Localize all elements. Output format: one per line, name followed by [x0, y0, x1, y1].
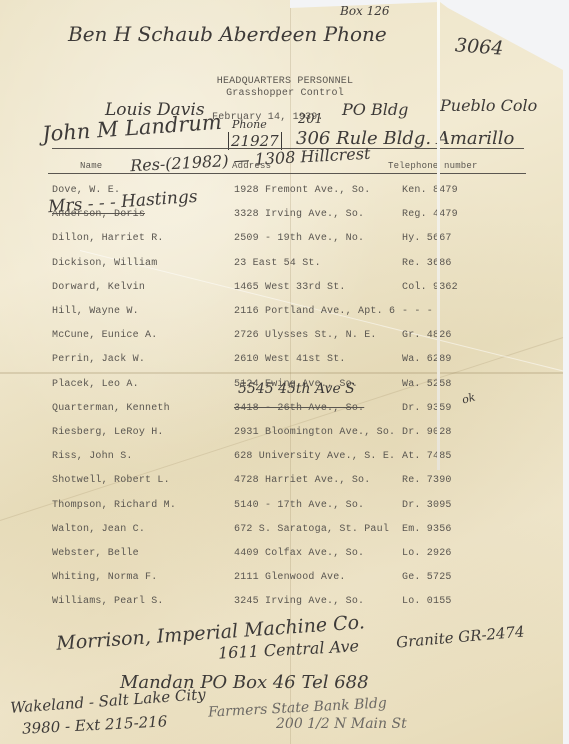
- person-address: 1465 West 33rd St.: [234, 282, 346, 293]
- person-telephone: Em. 9356: [402, 524, 452, 535]
- person-address: 672 S. Saratoga, St. Paul: [234, 524, 389, 535]
- column-header-address: Address: [232, 161, 271, 171]
- person-name: Whiting, Norma F.: [52, 572, 157, 583]
- table-row: Dorward, Kelvin1465 West 33rd St.Col. 93…: [0, 282, 563, 306]
- person-name: Webster, Belle: [52, 548, 139, 559]
- column-header-name: Name: [80, 161, 102, 171]
- person-address: 3328 Irving Ave., So.: [234, 209, 364, 220]
- handwritten-morrison-phone: Granite GR-2474: [395, 622, 525, 651]
- person-address: 4728 Harriet Ave., So.: [234, 475, 370, 486]
- table-row: Quarterman, Kenneth3418 - 26th Ave., So.…: [0, 403, 563, 427]
- person-address: 2111 Glenwood Ave.: [234, 572, 346, 583]
- person-name: Shotwell, Robert L.: [52, 475, 170, 486]
- person-name: Thompson, Richard M.: [52, 500, 176, 511]
- person-name: Riesberg, LeRoy H.: [52, 427, 164, 438]
- person-telephone: Wa. 6289: [402, 354, 452, 365]
- person-address: 1928 Fremont Ave., So.: [234, 185, 370, 196]
- person-address: 2610 West 41st St.: [234, 354, 346, 365]
- person-telephone: Dr. 9028: [402, 427, 452, 438]
- handwritten-wakeland-phone: 3980 - Ext 215-216: [22, 712, 168, 738]
- person-telephone: Re. 7390: [402, 475, 452, 486]
- person-telephone: Ge. 5725: [402, 572, 452, 583]
- document-title: HEADQUARTERS PERSONNEL: [200, 76, 370, 87]
- table-row: Whiting, Norma F.2111 Glenwood Ave.Ge. 5…: [0, 572, 563, 596]
- table-row: Hill, Wayne W.2116 Portland Ave., Apt. 6…: [0, 306, 563, 330]
- person-address: 2726 Ulysses St., N. E.: [234, 330, 377, 341]
- person-name: McCune, Eunice A.: [52, 330, 157, 341]
- person-name: Perrin, Jack W.: [52, 354, 145, 365]
- person-telephone: Lo. 2926: [402, 548, 452, 559]
- person-telephone: Lo. 0155: [402, 596, 452, 607]
- handwritten-box-number: Box 126: [340, 4, 390, 18]
- person-telephone: Ken. 8479: [402, 185, 458, 196]
- person-telephone: Re. 3686: [402, 258, 452, 269]
- person-telephone: Wa. 5258: [402, 379, 452, 390]
- table-row: Dillon, Harriet R.2509 - 19th Ave., No.H…: [0, 233, 563, 257]
- person-telephone: - - -: [402, 306, 433, 317]
- document-subtitle: Grasshopper Control: [200, 88, 370, 99]
- person-telephone: Hy. 5667: [402, 233, 452, 244]
- person-name: Hill, Wayne W.: [52, 306, 139, 317]
- table-row: Webster, Belle4409 Colfax Ave., So.Lo. 2…: [0, 548, 563, 572]
- header-bottom-rule: [48, 173, 526, 174]
- person-name: Riss, John S.: [52, 451, 133, 462]
- person-telephone: Col. 9362: [402, 282, 458, 293]
- person-address: 628 University Ave., S. E.: [234, 451, 395, 462]
- person-name: Dickison, William: [52, 258, 157, 269]
- handwritten-schaub: Ben H Schaub Aberdeen Phone: [68, 22, 387, 46]
- person-name: Williams, Pearl S.: [52, 596, 164, 607]
- person-address: 23 East 54 St.: [234, 258, 321, 269]
- person-address: 5140 - 17th Ave., So.: [234, 500, 364, 511]
- person-name: Dorward, Kelvin: [52, 282, 145, 293]
- handwritten-pueblo: Pueblo Colo: [440, 96, 537, 115]
- person-name: Placek, Leo A.: [52, 379, 139, 390]
- handwritten-new-address: 5545 45th Ave S: [238, 381, 355, 397]
- table-row: Walton, Jean C.672 S. Saratoga, St. Paul…: [0, 524, 563, 548]
- handwritten-po-bldg: PO Bldg: [342, 100, 408, 119]
- person-address: 2509 - 19th Ave., No.: [234, 233, 364, 244]
- person-address: 3418 - 26th Ave., So.: [234, 403, 364, 414]
- handwritten-landrum: John M Landrum: [41, 110, 222, 146]
- table-row: Thompson, Richard M.5140 - 17th Ave., So…: [0, 500, 563, 524]
- handwritten-room-201: 201: [298, 112, 323, 127]
- handwritten-phone-3064: 3064: [454, 34, 504, 59]
- table-row: McCune, Eunice A.2726 Ulysses St., N. E.…: [0, 330, 563, 354]
- person-telephone: Gr. 4826: [402, 330, 452, 341]
- table-row: Perrin, Jack W.2610 West 41st St.Wa. 628…: [0, 354, 563, 378]
- person-address: 3245 Irving Ave., So.: [234, 596, 364, 607]
- person-name: Walton, Jean C.: [52, 524, 145, 535]
- document-page: Box 126 Ben H Schaub Aberdeen Phone 3064…: [0, 0, 563, 744]
- handwritten-farmers-address: 200 1/2 N Main St: [276, 716, 407, 732]
- handwritten-phone-label: Phone: [232, 118, 267, 131]
- person-address: 2931 Bloomington Ave., So.: [234, 427, 395, 438]
- column-header-telephone: Telephone number: [388, 161, 478, 171]
- person-telephone: At. 7485: [402, 451, 452, 462]
- person-address: 2116 Portland Ave., Apt. 6: [234, 306, 395, 317]
- table-row: Riesberg, LeRoy H.2931 Bloomington Ave.,…: [0, 427, 563, 451]
- table-row: Dickison, William23 East 54 St.Re. 3686: [0, 258, 563, 282]
- handwritten-wakeland: Wakeland - Salt Lake City: [10, 685, 207, 717]
- person-name: Dillon, Harriet R.: [52, 233, 164, 244]
- person-telephone: Dr. 3095: [402, 500, 452, 511]
- person-address: 4409 Colfax Ave., So.: [234, 548, 364, 559]
- person-name: Quarterman, Kenneth: [52, 403, 170, 414]
- table-row: Shotwell, Robert L.4728 Harriet Ave., So…: [0, 475, 563, 499]
- person-telephone: Reg. 4479: [402, 209, 458, 220]
- table-row: Riss, John S.628 University Ave., S. E.A…: [0, 451, 563, 475]
- person-telephone: Dr. 9359: [402, 403, 452, 414]
